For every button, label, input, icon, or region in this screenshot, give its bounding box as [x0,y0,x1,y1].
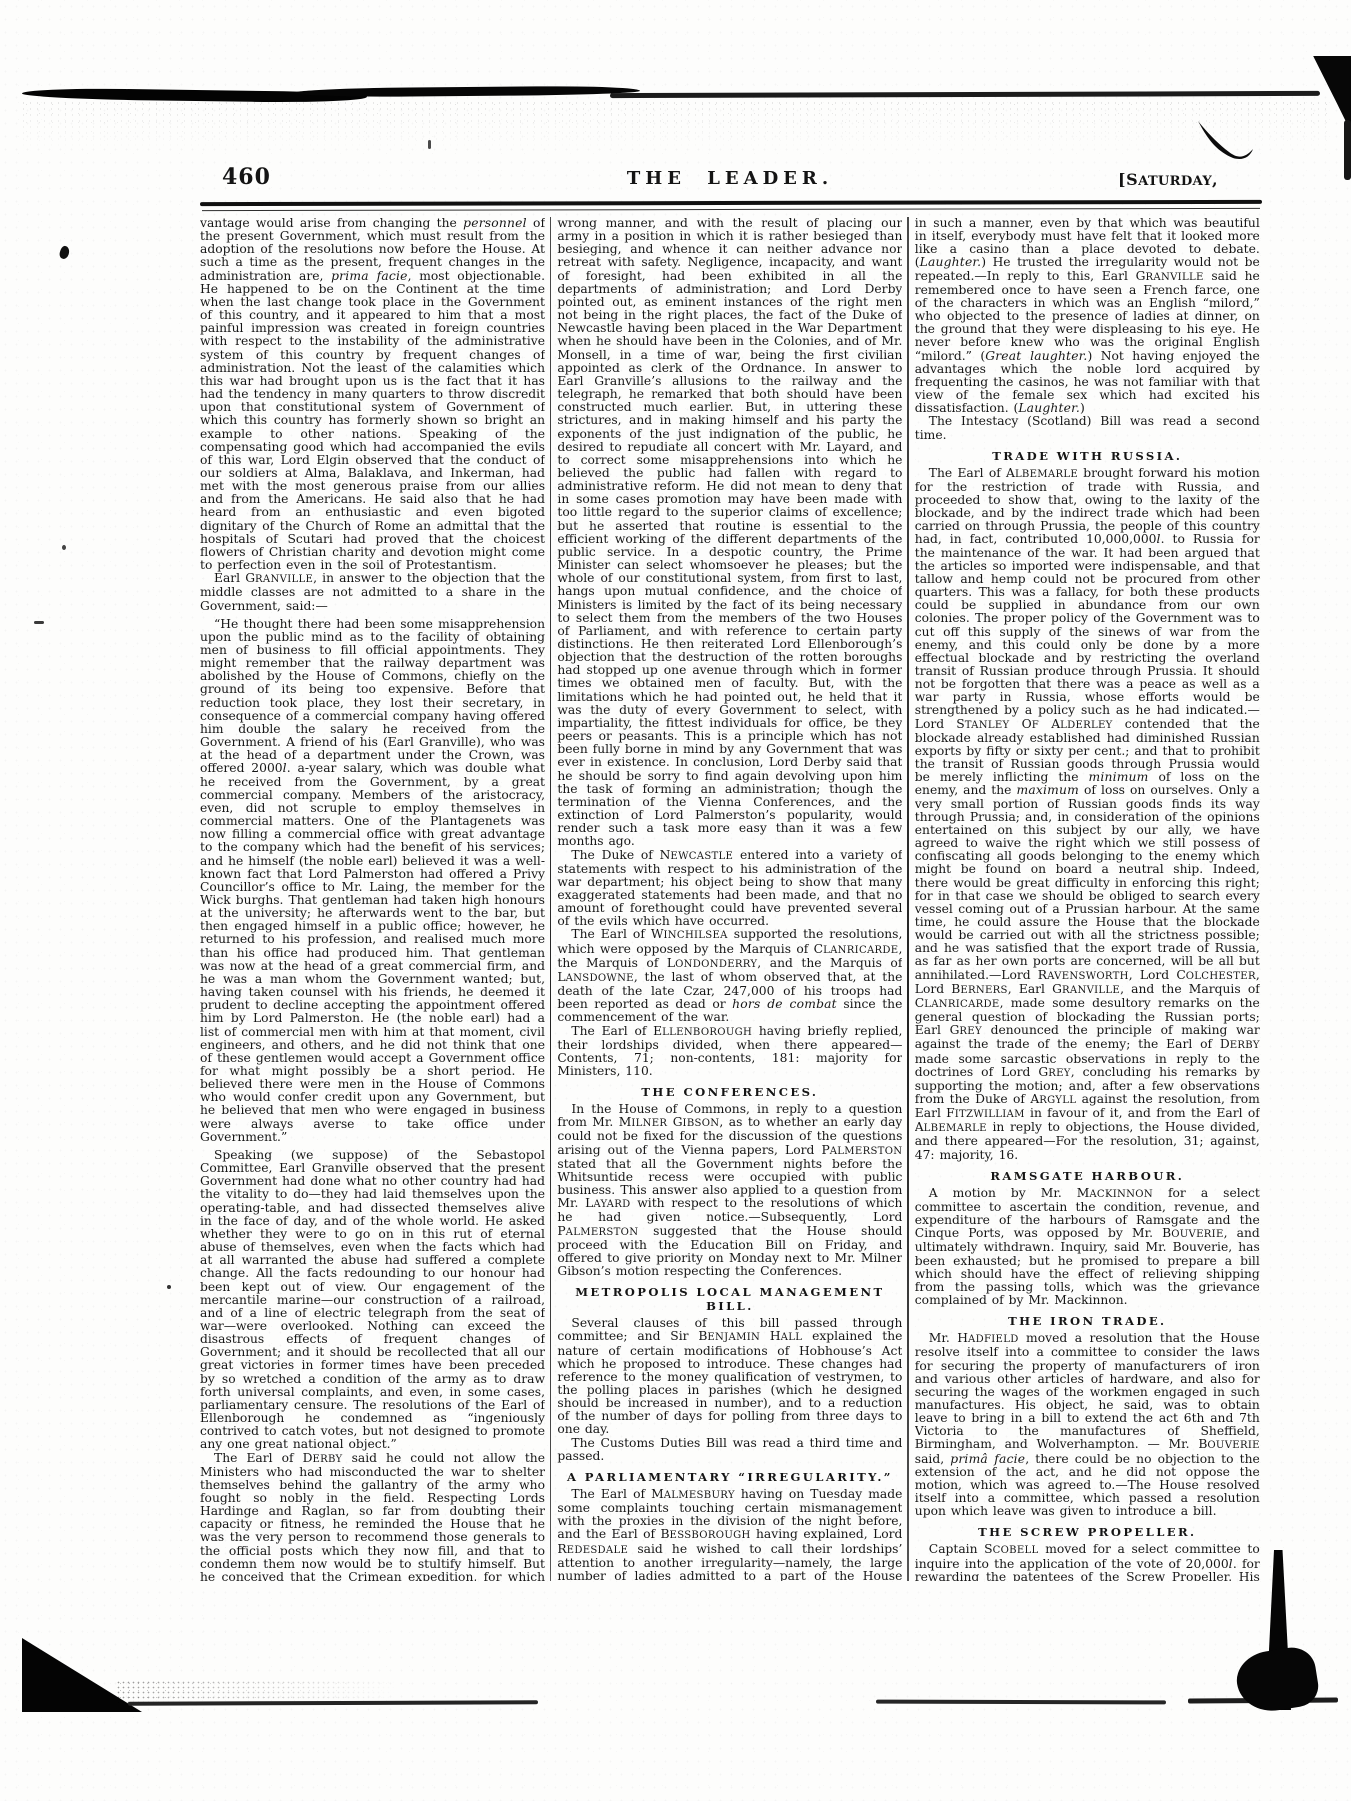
ink-speck [167,1285,171,1289]
section-heading: THE IRON TRADE. [915,1314,1260,1328]
article-columns: vantage would arise from changing the pe… [200,217,1263,1581]
article-paragraph: Captain SCOBELL moved for a select commi… [915,1543,1260,1581]
article-paragraph: wrong manner, and with the result of pla… [557,217,902,849]
column-divider [907,217,908,1581]
article-paragraph: “He thought there had been some misappre… [200,618,545,1144]
article-paragraph: Earl GRANVILLE, in answer to the objecti… [200,572,545,612]
article-paragraph: The Earl of MALMESBURY having on Tuesday… [557,1488,902,1581]
scan-artifact-bottom-streak [876,1700,1166,1705]
section-heading: METROPOLIS LOCAL MANAGEMENT BILL. [557,1285,902,1313]
column-divider [550,217,551,1581]
scan-artifact-speckle [116,1680,446,1706]
ink-speck [58,245,71,260]
header-rule-thin [202,207,1260,211]
article-paragraph: The Earl of DERBY said he could not allo… [200,1452,545,1581]
article-paragraph: The Earl of ALBEMARLE brought forward hi… [915,467,1260,1162]
section-heading: THE CONFERENCES. [557,1085,902,1099]
article-paragraph: The Earl of WINCHILSEA supported the res… [557,928,902,1024]
article-paragraph: Speaking (we suppose) of the Sebastopol … [200,1149,545,1452]
scan-artifact-bottom-right-blob [1233,1644,1321,1716]
section-heading: A PARLIAMENTARY “IRREGULARITY.” [557,1470,902,1484]
scan-artifact-bottom-right-bar [1266,1550,1291,1710]
header-rule-thick [200,200,1262,206]
page-header: 460 THE LEADER. [SATURDAY, [0,0,1351,200]
newspaper-title: THE LEADER. [590,168,870,189]
article-paragraph: vantage would arise from changing the pe… [200,217,545,572]
article-paragraph: in such a manner, even by that which was… [915,217,1260,415]
section-heading: TRADE WITH RUSSIA. [915,449,1260,463]
date-label: [SATURDAY, [1118,170,1288,189]
article-paragraph: The Duke of NEWCASTLE entered into a var… [557,849,902,929]
article-paragraph: Several clauses of this bill passed thro… [557,1317,902,1436]
article-paragraph: A motion by Mr. MACKINNON for a select c… [915,1187,1260,1307]
column-1: vantage would arise from changing the pe… [200,217,545,1581]
scan-artifact-bottom-streak [1188,1697,1338,1703]
article-paragraph: In the House of Commons, in reply to a q… [557,1103,902,1278]
page-number: 460 [222,164,271,190]
article-paragraph: The Customs Duties Bill was read a third… [557,1437,902,1463]
ink-speck [62,545,66,550]
ink-speck [34,621,44,624]
section-heading: RAMSGATE HARBOUR. [915,1169,1260,1183]
article-paragraph: The Intestacy (Scotland) Bill was read a… [915,415,1260,441]
newspaper-page: 460 THE LEADER. [SATURDAY, vantage would… [0,0,1351,1801]
column-2: wrong manner, and with the result of pla… [557,217,902,1581]
article-paragraph: Mr. HADFIELD moved a resolution that the… [915,1332,1260,1518]
scan-artifact-bottom-streak [128,1700,538,1705]
section-heading: THE SCREW PROPELLER. [915,1525,1260,1539]
scan-artifact-bottom-left-blob [22,1626,142,1712]
article-paragraph: The Earl of ELLENBOROUGH having briefly … [557,1025,902,1079]
column-3: in such a manner, even by that which was… [915,217,1260,1581]
